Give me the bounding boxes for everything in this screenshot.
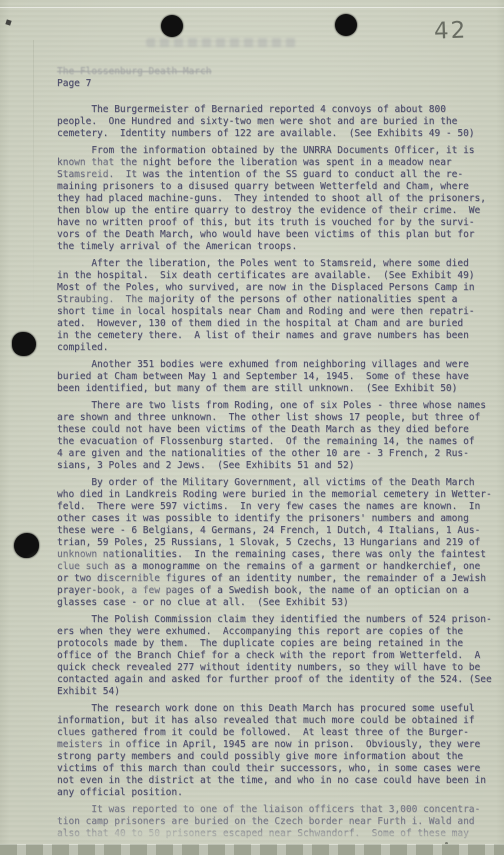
typewritten-text-block: The Flossenburg Death March Page 7 The B… xyxy=(57,66,497,845)
paragraph-unrra-quarry-plan: From the information obtained by the UNR… xyxy=(57,145,497,253)
faded-header-line: The Flossenburg Death March xyxy=(57,66,497,78)
scan-top-edge xyxy=(0,0,504,8)
paragraph-roding-lists: There are two lists from Roding, one of … xyxy=(57,400,497,472)
paragraph-polish-commission: The Polish Commission claim they identif… xyxy=(57,614,497,698)
page-label: Page 7 xyxy=(57,78,497,90)
scan-bottom-edge xyxy=(0,844,504,855)
ghost-print-smudge xyxy=(146,38,296,47)
paragraph-wetterfeld-cemetery: By order of the Military Government, all… xyxy=(57,477,497,609)
punch-hole xyxy=(12,332,36,356)
ink-speck xyxy=(5,19,11,25)
paragraph-liaison-report: It was reported to one of the liaison of… xyxy=(57,804,497,840)
paragraph-burgermeister-convoys: The Burgermeister of Bernaried reported … xyxy=(57,104,497,140)
punch-hole xyxy=(161,15,183,37)
scanned-document-page: 42 The Flossenburg Death March Page 7 Th… xyxy=(0,0,504,855)
handwritten-page-number: 42 xyxy=(434,17,468,44)
paragraph-after-liberation: After the liberation, the Poles went to … xyxy=(57,258,497,354)
paper-crease xyxy=(33,40,34,320)
paragraph-exhumed-bodies: Another 351 bodies were exhumed from nei… xyxy=(57,359,497,395)
punch-hole xyxy=(335,14,357,36)
punch-hole xyxy=(14,533,39,558)
paragraph-research-work: The research work done on this Death Mar… xyxy=(57,703,497,799)
